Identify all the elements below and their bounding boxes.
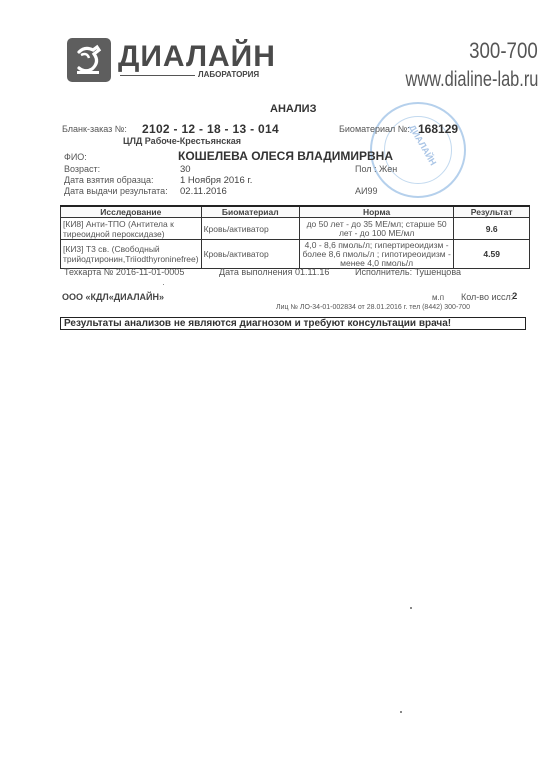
patient-code: АИ99 xyxy=(355,186,377,196)
dialine-logo-icon xyxy=(67,38,111,82)
disclaimer-text: Результаты анализов не являются диагнозо… xyxy=(64,318,451,329)
test-norm: 4,0 - 8,6 пмоль/л; гипертиреоидизм - бол… xyxy=(299,240,453,269)
column-header-result: Результат xyxy=(454,206,530,218)
executor: Исполнитель: Тушенцова xyxy=(355,267,461,277)
biomaterial-number: 168129 xyxy=(418,122,458,136)
branch-name: ЦЛД Рабоче-Крестьянская xyxy=(123,136,241,146)
biomaterial-label: Биоматериал №: xyxy=(339,124,410,134)
test-norm: до 50 лет - до 35 МЕ/мл; старше 50 лет -… xyxy=(299,218,453,240)
table-row: [КИ8] Анти-ТПО (Антитела к тиреоидной пе… xyxy=(61,218,530,240)
test-name: [КИ3] Т3 св. (Свободный трийодтиронин,Tr… xyxy=(61,240,202,269)
sample-date-label: Дата взятия образца: xyxy=(64,175,154,185)
issue-date: 02.11.2016 xyxy=(180,186,227,197)
company-name: ООО «КДЛ«ДИАЛАЙН» xyxy=(62,292,164,302)
test-biomaterial: Кровь/активатор xyxy=(201,218,299,240)
issue-date-label: Дата выдачи результата: xyxy=(64,186,168,196)
disclaimer-box: Результаты анализов не являются диагнозо… xyxy=(60,317,526,330)
test-biomaterial: Кровь/активатор xyxy=(201,240,299,269)
website-link[interactable]: www.dialine-lab.ru xyxy=(405,68,538,92)
test-result: 9.6 xyxy=(454,218,530,240)
tests-count-label: Кол-во иссл: xyxy=(461,292,513,302)
column-header-biomaterial: Биоматериал xyxy=(201,206,299,218)
brand-divider xyxy=(120,75,195,76)
phone-number: 300-700 xyxy=(469,38,538,64)
brand-subtitle: ЛАБОРАТОРИЯ xyxy=(198,70,259,79)
column-header-test: Исследование xyxy=(61,206,202,218)
execution-date: Дата выполнения 01.11.16 xyxy=(219,267,329,277)
fio-label: ФИО: xyxy=(64,152,87,162)
patient-sex: Пол : Жен xyxy=(355,164,397,174)
age-label: Возраст: xyxy=(64,164,100,174)
test-result: 4.59 xyxy=(454,240,530,269)
order-label: Бланк-заказ №: xyxy=(62,124,127,134)
order-number: 2102 - 12 - 18 - 13 - 014 xyxy=(142,122,279,136)
document-title: АНАЛИЗ xyxy=(270,103,316,115)
tests-count: 2 xyxy=(512,291,517,302)
patient-age: 30 xyxy=(180,164,191,175)
stamp-place: м.п xyxy=(432,293,444,302)
brand-name: ДИАЛАЙН xyxy=(118,40,276,74)
column-header-norm: Норма xyxy=(299,206,453,218)
scan-speck xyxy=(400,711,402,713)
test-name: [КИ8] Анти-ТПО (Антитела к тиреоидной пе… xyxy=(61,218,202,240)
patient-name: КОШЕЛЕВА ОЛЕСЯ ВЛАДИМИРВНА xyxy=(178,149,393,163)
results-table: Исследование Биоматериал Норма Результат… xyxy=(60,205,530,269)
table-header-row: Исследование Биоматериал Норма Результат xyxy=(61,206,530,218)
sample-date: 1 Ноября 2016 г. xyxy=(180,175,252,186)
scan-speck xyxy=(410,607,412,609)
techcard-number: Техкарта № 2016-11-01-0005 xyxy=(64,267,184,277)
scan-speck xyxy=(163,284,164,285)
license-info: Лиц № ЛО-34-01-002834 от 28.01.2016 г. т… xyxy=(276,304,470,311)
table-row: [КИ3] Т3 св. (Свободный трийодтиронин,Tr… xyxy=(61,240,530,269)
